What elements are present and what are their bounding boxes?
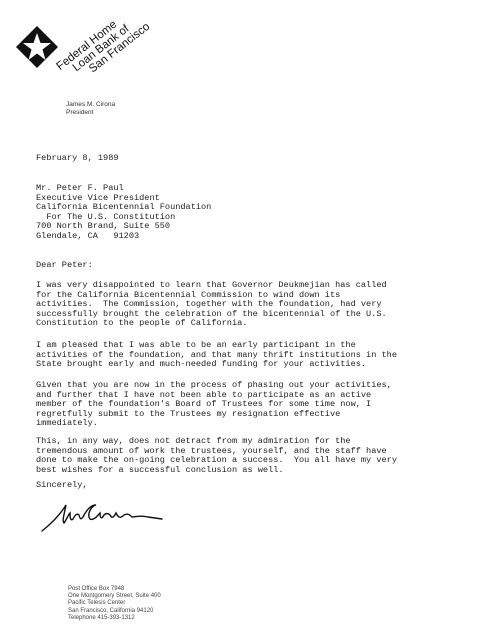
- signature: [40, 497, 170, 533]
- paragraph-2: I am pleased that I was able to be an ea…: [36, 341, 397, 370]
- footer-line: Pacific Telesis Center: [68, 600, 161, 607]
- letter-date: February 8, 1989: [36, 154, 119, 164]
- executive-block: James M. Cirona President: [66, 101, 115, 117]
- address-line: Glendale, CA 91203: [36, 232, 211, 242]
- executive-name: James M. Cirona: [66, 101, 115, 109]
- star-logo-icon: [14, 24, 60, 70]
- organization-name: Federal Home Loan Bank of San Francisco: [55, 4, 152, 90]
- recipient-address: Mr. Peter F. PaulExecutive Vice Presiden…: [36, 184, 211, 242]
- salutation: Dear Peter:: [36, 261, 93, 271]
- paragraph-3: Given that you are now in the process of…: [36, 381, 392, 429]
- paragraph-1: I was very disappointed to learn that Go…: [36, 281, 387, 329]
- closing: Sincerely,: [36, 481, 88, 491]
- footer-line: Telephone 415-393-1312: [68, 615, 161, 622]
- paragraph-4: This, in any way, does not detract from …: [36, 437, 397, 475]
- footer-line: One Montgomery Street, Suite 400: [68, 593, 161, 600]
- footer-address: Post Office Box 7948 One Montgomery Stre…: [68, 586, 161, 622]
- executive-title: President: [66, 109, 115, 117]
- footer-line: San Francisco, California 94120: [68, 608, 161, 615]
- footer-line: Post Office Box 7948: [68, 586, 161, 593]
